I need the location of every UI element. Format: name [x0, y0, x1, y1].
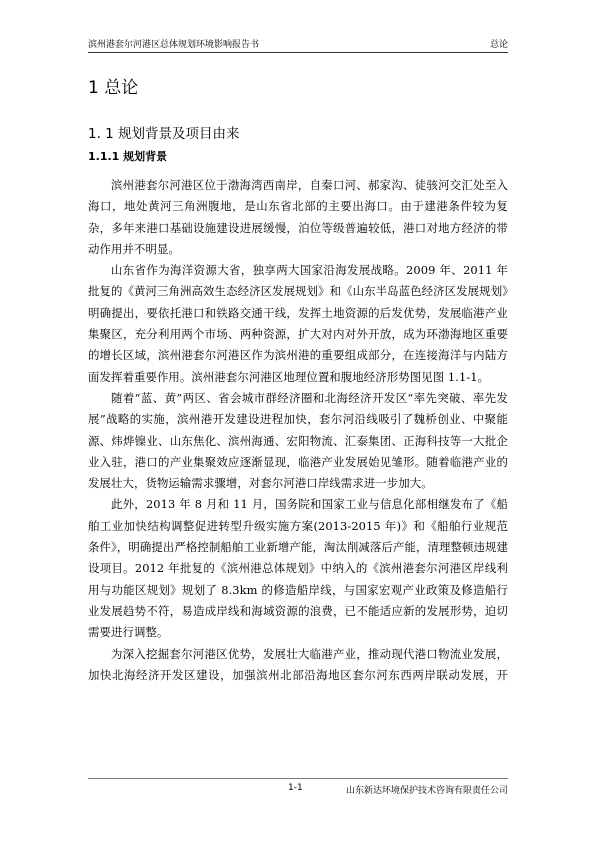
- footer-company: 山东新达环境保护技术咨询有限责任公司: [346, 783, 508, 796]
- paragraph: 山东省作为海洋资源大省，独享两大国家沿海发展战略。2009 年、2011 年批复…: [88, 260, 508, 388]
- chapter-heading: 1 总论: [88, 78, 138, 98]
- page-footer: 1-1 山东新达环境保护技术咨询有限责任公司: [88, 778, 508, 793]
- paragraph: 滨州港套尔河港区位于渤海湾西南岸，自秦口河、郝家沟、徒骇河交汇处至入海口，地处黄…: [88, 175, 508, 260]
- page-number: 1-1: [288, 783, 303, 793]
- paragraph: 此外，2013 年 8 月和 11 月，国务院和国家工业与信息化部相继发布了《船…: [88, 494, 508, 643]
- section-heading: 1. 1 规划背景及项目由来: [88, 125, 240, 143]
- subsection-heading: 1.1.1 规划背景: [88, 150, 167, 164]
- page-header: 滨州港套尔河港区总体规划环境影响报告书 总论: [88, 38, 508, 53]
- paragraph: 随着“蓝、黄”两区、省会城市群经济圈和北海经济开发区“率先突破、率先发展”战略的…: [88, 388, 508, 494]
- body-text: 滨州港套尔河港区位于渤海湾西南岸，自秦口河、郝家沟、徒骇河交汇处至入海口，地处黄…: [88, 175, 508, 686]
- header-document-title: 滨州港套尔河港区总体规划环境影响报告书: [88, 38, 259, 52]
- header-chapter-title: 总论: [490, 38, 508, 52]
- paragraph: 为深入挖掘套尔河港区优势，发展壮大临港产业，推动现代港口物流业发展，加快北海经济…: [88, 644, 508, 687]
